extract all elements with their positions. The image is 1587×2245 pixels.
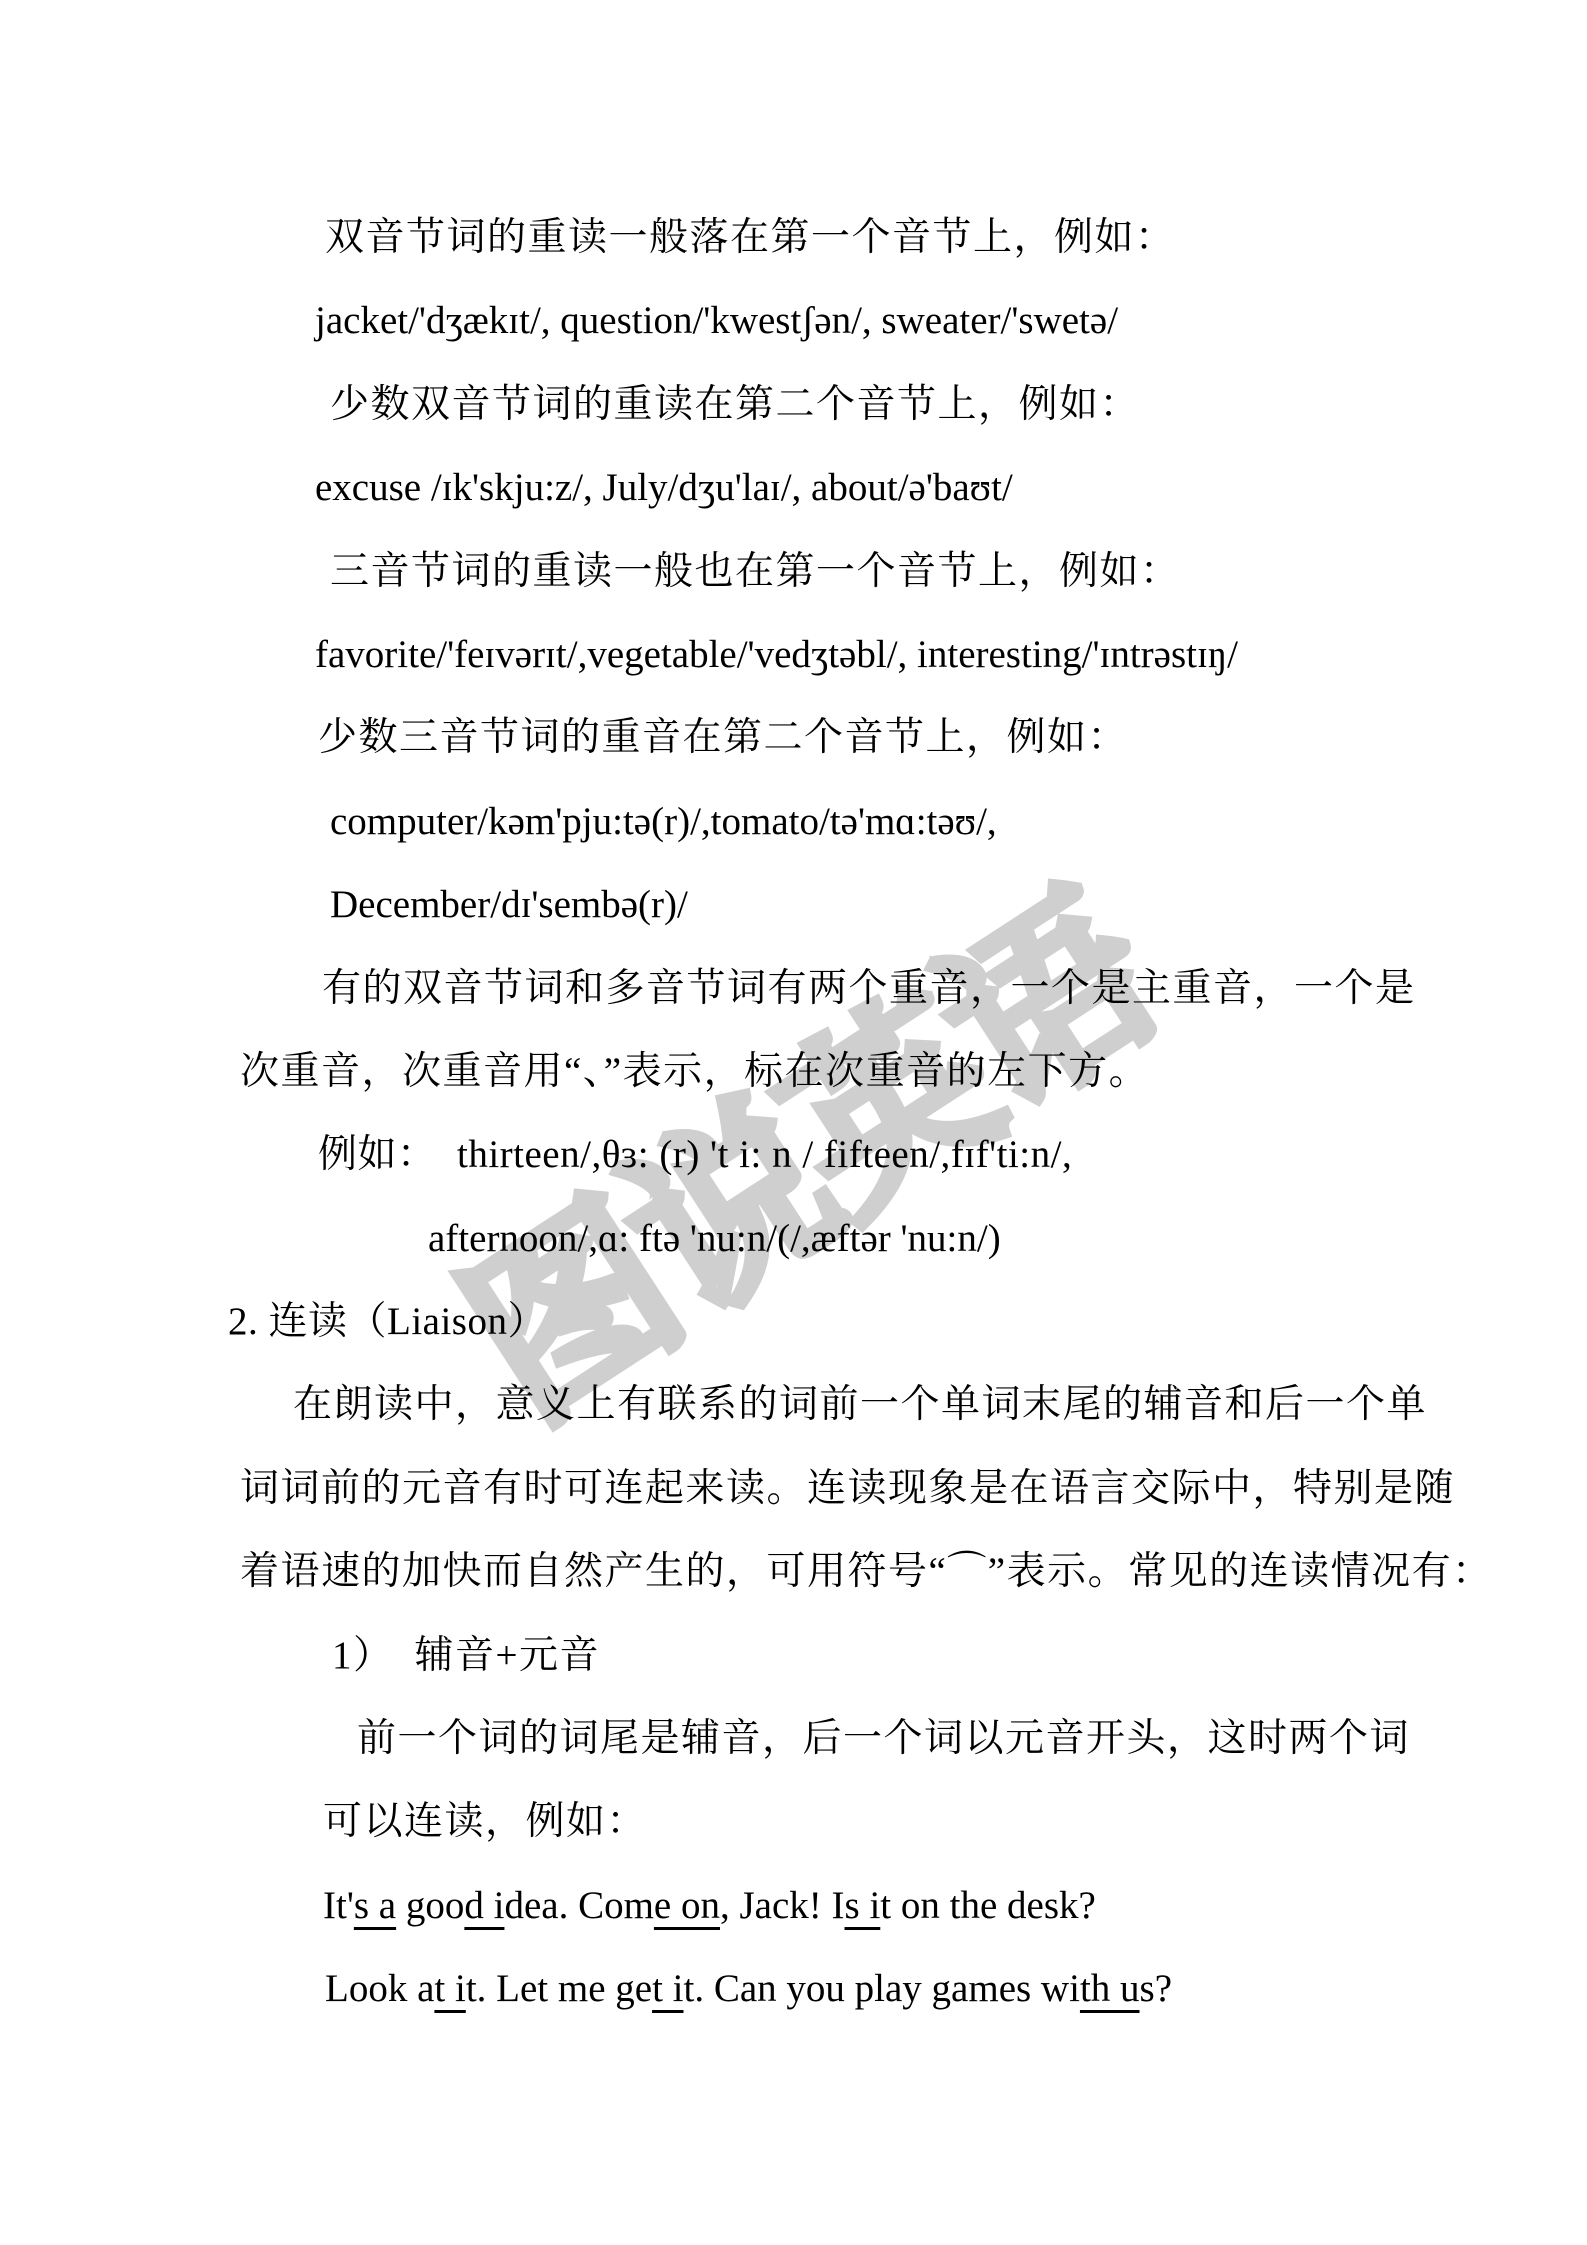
text-segment: t on the desk? [880, 1884, 1096, 1927]
line-example-computer: computer/kəm'pju:tə(r)/,tomato/tə'mɑ:təʊ… [330, 780, 1587, 863]
text-segment: t. Can you play games wi [684, 1967, 1080, 2010]
liaison-underline-segment: t i [652, 1967, 683, 2010]
line-example-thirteen: 例如： thirteen/,θɜ: (r) 't i: n / fifteen/… [318, 1113, 1587, 1196]
liaison-underline-segment: th u [1080, 1967, 1140, 2010]
line-two-stresses-intro: 有的双音节词和多音节词有两个重音，一个是主重音，一个是 [322, 947, 1587, 1030]
line-example-favorite: favorite/'feɪvərɪt/,vegetable/'vedʒtəbl/… [315, 613, 1587, 696]
line-liaison-paragraph-1: 在朗读中，意义上有联系的词前一个单词末尾的辅音和后一个单 [293, 1363, 1587, 1446]
line-case1-heading: 1） 辅音+元音 [332, 1614, 1587, 1697]
line-liaison-sentence-1: It's a good idea. Come on, Jack! Is it o… [323, 1864, 1587, 1947]
liaison-underline-segment: s i [845, 1884, 881, 1927]
line-example-excuse: excuse /ɪk'skju:z/, July/dʒu'laɪ/, about… [315, 446, 1587, 529]
line-case1-rule-2: 可以连读，例如： [323, 1780, 1587, 1863]
text-segment: t. Let me ge [466, 1967, 652, 2010]
liaison-underline-segment: d i [464, 1884, 504, 1927]
line-example-december: December/dɪ'sembə(r)/ [330, 863, 1587, 946]
line-liaison-paragraph-3: 着语速的加快而自然产生的，可用符号“⌒”表示。常见的连读情况有： [240, 1530, 1587, 1613]
line-example-afternoon: afternoon/,ɑ: ftə 'nu:n/(/,æftər 'nu:n/) [428, 1197, 1587, 1280]
text-segment: s? [1140, 1967, 1173, 2010]
line-minority-trisyllable-rule: 少数三音节词的重音在第二个音节上，例如： [318, 696, 1587, 779]
liaison-underline-segment: s a [354, 1884, 396, 1927]
text-segment: Look a [325, 1967, 434, 2010]
document-lines: 双音节词的重读一般落在第一个音节上，例如：jacket/'dʒækɪt/, qu… [0, 0, 1587, 2245]
line-liaison-paragraph-2: 词词前的元音有时可连起来读。连读现象是在语言交际中，特别是随 [240, 1447, 1587, 1530]
line-case1-rule-1: 前一个词的词尾是辅音，后一个词以元音开头，这时两个词 [357, 1697, 1587, 1780]
text-segment: goo [396, 1884, 464, 1927]
text-segment: It' [323, 1884, 354, 1927]
line-secondary-stress-note: 次重音，次重音用“、”表示，标在次重音的左下方。 [240, 1030, 1587, 1113]
line-disyllable-stress-rule: 双音节词的重读一般落在第一个音节上，例如： [325, 196, 1587, 279]
line-minority-disyllable-rule: 少数双音节词的重读在第二个音节上，例如： [330, 363, 1587, 446]
text-segment: dea. Com [504, 1884, 653, 1927]
liaison-underline-segment: t i [434, 1967, 465, 2010]
liaison-underline-segment: e on [654, 1884, 720, 1927]
line-heading-liaison: 2. 连读（Liaison） [228, 1280, 1587, 1363]
text-segment: , Jack! I [720, 1884, 845, 1927]
line-trisyllable-stress-rule: 三音节词的重读一般也在第一个音节上，例如： [330, 530, 1587, 613]
document-page: { "page": { "background": "#ffffff", "wa… [0, 0, 1587, 2245]
line-liaison-sentence-2: Look at it. Let me get it. Can you play … [325, 1947, 1587, 2030]
line-example-jacket: jacket/'dʒækɪt/, question/'kwestʃən/, sw… [315, 279, 1587, 362]
